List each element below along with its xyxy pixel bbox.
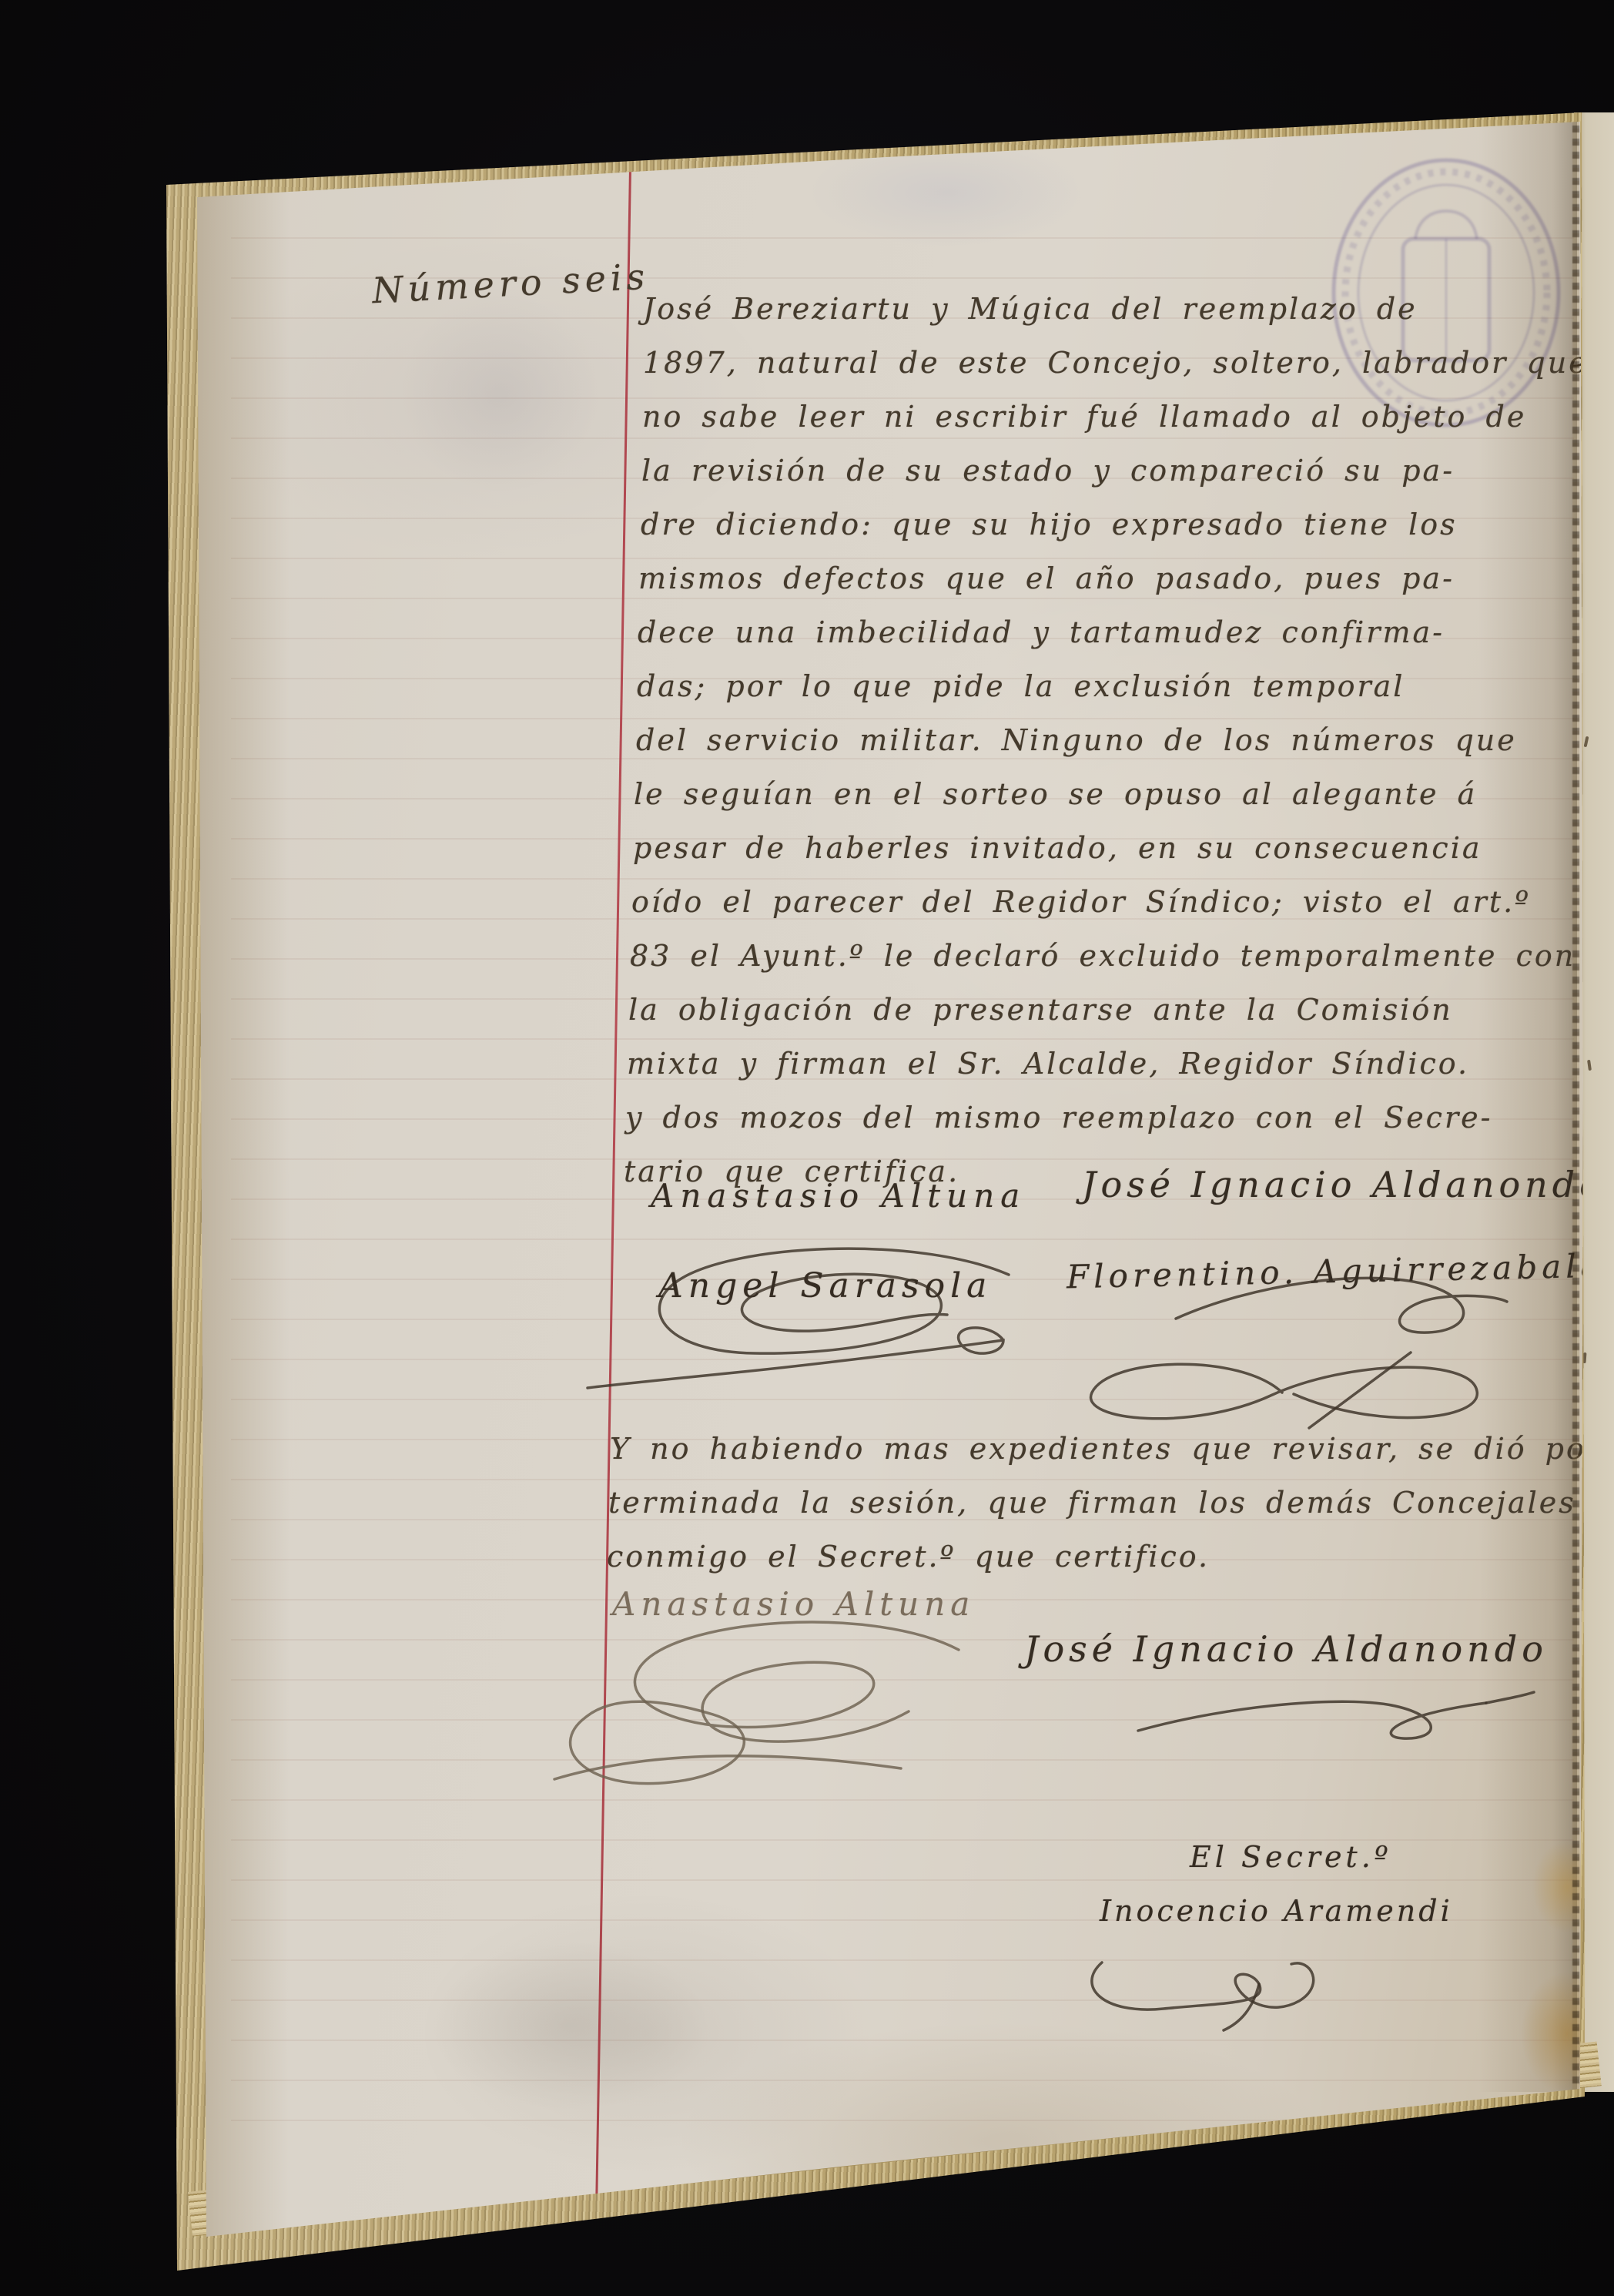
manuscript-line: oído el parecer del Regidor Síndico; vis… <box>631 887 1531 917</box>
manuscript-line: 1897, natural de este Concejo, soltero, … <box>643 348 1589 377</box>
manuscript-line: y dos mozos del mismo reemplazo con el S… <box>625 1103 1492 1132</box>
stamp-crown <box>1415 211 1477 239</box>
signature-jose-ignacio-aldanondo-second: José Ignacio Aldanondo <box>1024 1631 1548 1667</box>
manuscript-line: mismos defectos que el año pasado, pues … <box>638 564 1455 593</box>
manuscript-line: Y no habiendo mas expedientes que revisa… <box>610 1434 1602 1463</box>
ink-fragment-mark <box>1584 736 1589 748</box>
manuscript-line: dre diciendo: que su hijo expresado tien… <box>641 510 1458 539</box>
manuscript-line: la revisión de su estado y compareció su… <box>641 456 1455 485</box>
manuscript-line: pesar de haberles invitado, en su consec… <box>633 833 1482 863</box>
smudge-stain <box>400 293 601 493</box>
signature-inocencio-aramendi: Inocencio Aramendi <box>1100 1896 1453 1926</box>
manuscript-line: conmigo el Secret.º que certifico. <box>607 1542 1210 1571</box>
signature-anastasio-altuna-second: Anastasio Altuna <box>612 1588 975 1621</box>
manuscript-line: das; por lo que pide la exclusión tempor… <box>637 672 1405 701</box>
photographed-manuscript-scene: Número seis José Bereziartu y Múgica del… <box>0 0 1614 2296</box>
manuscript-line: la obligación de presentarse ante la Com… <box>628 995 1453 1024</box>
secretary-title: El Secret.º <box>1190 1842 1392 1872</box>
manuscript-page: Número seis José Bereziartu y Múgica del… <box>0 0 1614 2296</box>
manuscript-line: le seguían en el sorteo se opuso al aleg… <box>634 779 1477 809</box>
signature-rubric-flourish <box>1124 1683 1540 1760</box>
gutter-shadow-left <box>197 185 290 2241</box>
signature-rubric-flourish <box>1055 1348 1502 1433</box>
signature-rubric-flourish <box>539 1617 993 1798</box>
manuscript-line: José Bereziartu y Múgica del reemplazo d… <box>643 294 1418 323</box>
signature-jose-ignacio-aldanondo: José Ignacio Aldanondo <box>1082 1167 1606 1202</box>
manuscript-line: del servicio militar. Ninguno de los núm… <box>636 726 1517 755</box>
manuscript-line: dece una imbecilidad y tartamudez confir… <box>638 618 1445 647</box>
signature-anastasio-altuna: Anastasio Altuna <box>651 1180 1026 1212</box>
smudge-stain <box>431 1941 708 2110</box>
manuscript-line: mixta y firman el Sr. Alcalde, Regidor S… <box>627 1049 1469 1078</box>
manuscript-line: no sabe leer ni escribir fué llamado al … <box>642 402 1526 431</box>
gutter-crease <box>1572 116 1579 2090</box>
signature-rubric-flourish <box>1074 1941 1328 2033</box>
signature-rubric-flourish <box>581 1323 1024 1396</box>
ink-fragment-mark <box>1587 1060 1592 1071</box>
manuscript-line: 83 el Ayunt.º le declaró excluido tempor… <box>630 941 1575 970</box>
signature-angel-sarasola: Angel Sarasola <box>658 1269 992 1303</box>
manuscript-line: terminada la sesión, que firman los demá… <box>608 1488 1576 1517</box>
